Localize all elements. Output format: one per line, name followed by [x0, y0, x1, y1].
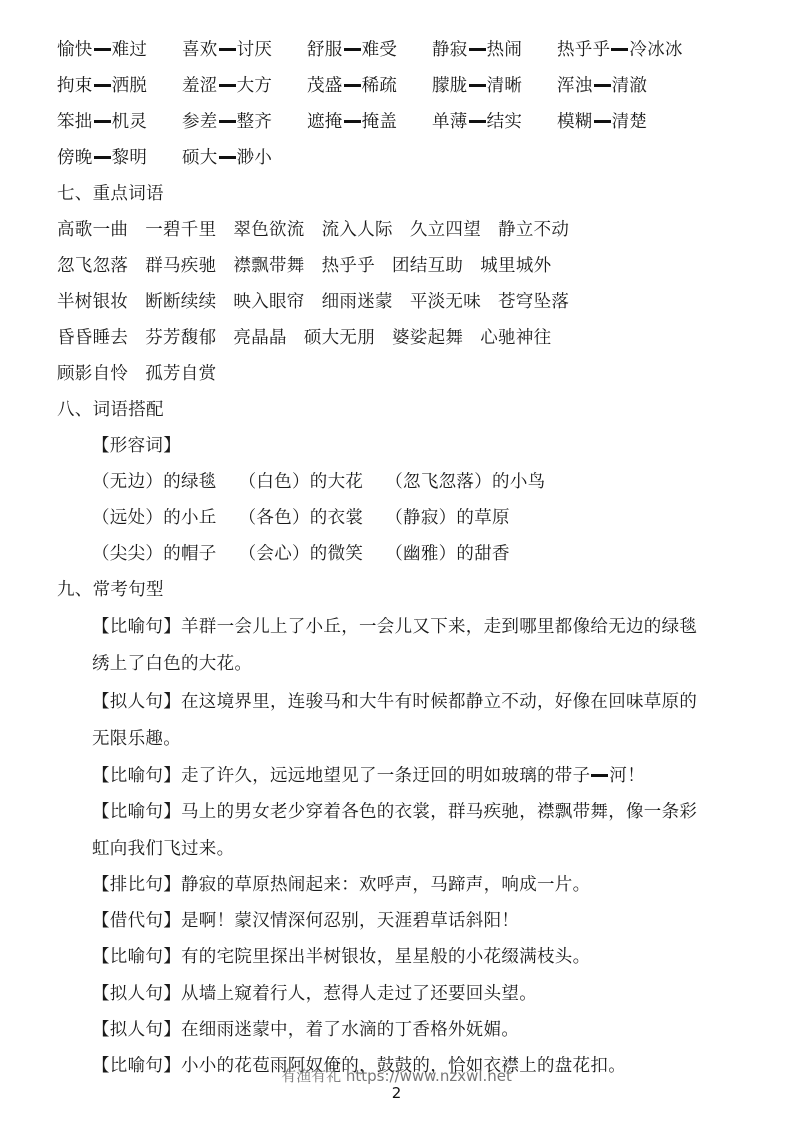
- antonym-pair: 朦胧清晰: [432, 72, 553, 100]
- sentence-example: 【比喻句】马上的男女老少穿着各色的衣裳，群马疾驰，襟飘带舞，像一条彩: [92, 798, 697, 826]
- collocation-row: （尖尖）的帽子 （会心）的微笑 （幽雅）的甜香: [92, 540, 524, 568]
- key-word: 静立不动: [498, 216, 569, 244]
- key-word: 城里城外: [480, 252, 551, 280]
- dash-separator: [591, 774, 608, 777]
- sentence-text: 静寂的草原热闹起来：欢呼声，马蹄声，响成一片。: [181, 875, 590, 895]
- sentence-continuation: 无限乐趣。: [92, 725, 181, 753]
- antonym-row: 傍晚黎明 硕大渺小: [57, 144, 276, 172]
- antonym-pair: 羞涩大方: [182, 72, 303, 100]
- sentence-type-tag: 【借代句】: [92, 911, 181, 931]
- key-word: 平淡无味: [410, 288, 481, 316]
- sentence-text: 在这境界里，连骏马和大牛有时候都静立不动，好像在回味草原的: [181, 692, 697, 712]
- key-word: 顾影自怜: [57, 360, 128, 388]
- antonym-pair: 拘束洒脱: [57, 72, 178, 100]
- key-word: 苍穹坠落: [498, 288, 569, 316]
- sentence-example: 【排比句】静寂的草原热闹起来：欢呼声，马蹄声，响成一片。: [92, 871, 590, 899]
- sentence-text-tail: 河！: [609, 766, 645, 786]
- key-word: 高歌一曲: [57, 216, 128, 244]
- collocation: （无边）的绿毯: [92, 468, 217, 496]
- antonym-pair: 茂盛稀疏: [307, 72, 428, 100]
- antonym-pair: 舒服难受: [307, 36, 428, 64]
- key-word: 昏昏睡去: [57, 324, 128, 352]
- key-words-row: 昏昏睡去 芬芳馥郁 亮晶晶 硕大无朋 婆娑起舞 心驰神往: [57, 324, 568, 352]
- antonym-pair: 硕大渺小: [182, 144, 272, 172]
- key-word: 襟飘带舞: [233, 252, 304, 280]
- key-word: 团结互助: [392, 252, 463, 280]
- key-word: 映入眼帘: [233, 288, 304, 316]
- sentence-text: 在细雨迷蒙中，着了水滴的丁香格外妩媚。: [181, 1020, 519, 1040]
- section-heading-7: 七、重点词语: [57, 180, 164, 208]
- sentence-continuation: 绣上了白色的大花。: [92, 650, 252, 678]
- sentence-type-tag: 【排比句】: [92, 875, 181, 895]
- sentence-example: 【拟人句】在这境界里，连骏马和大牛有时候都静立不动，好像在回味草原的: [92, 688, 697, 716]
- collocation: （静寂）的草原: [385, 504, 510, 532]
- collocation: （忽飞忽落）的小鸟: [385, 468, 545, 496]
- key-word: 流入人际: [322, 216, 393, 244]
- sentence-continuation: 虹向我们飞过来。: [92, 835, 234, 863]
- collocation: （尖尖）的帽子: [92, 540, 217, 568]
- antonym-pair: 遮掩掩盖: [307, 108, 428, 136]
- key-word: 孤芳自赏: [145, 360, 216, 388]
- collocation: （会心）的微笑: [239, 540, 364, 568]
- key-word: 翠色欲流: [233, 216, 304, 244]
- antonym-pair: 笨拙机灵: [57, 108, 178, 136]
- collocation: （各色）的衣裳: [239, 504, 364, 532]
- key-word: 群马疾驰: [145, 252, 216, 280]
- key-word: 亮晶晶: [233, 324, 286, 352]
- page-number: 2: [0, 1083, 793, 1103]
- key-word: 婆娑起舞: [392, 324, 463, 352]
- sentence-text: 有的宅院里探出半树银妆，星星般的小花缀满枝头。: [181, 947, 590, 967]
- sentence-type-tag: 【拟人句】: [92, 692, 181, 712]
- section-heading-9: 九、常考句型: [57, 576, 164, 604]
- sentence-type-tag: 【比喻句】: [92, 617, 181, 637]
- antonym-pair: 静寂热闹: [432, 36, 553, 64]
- antonym-row: 笨拙机灵 参差整齐 遮掩掩盖 单薄结实 模糊清楚: [57, 108, 651, 136]
- key-word: 细雨迷蒙: [322, 288, 393, 316]
- subsection-label-adjectives: 【形容词】: [92, 432, 181, 460]
- antonym-row: 愉快难过 喜欢讨厌 舒服难受 静寂热闹 热乎乎冷冰冰: [57, 36, 687, 64]
- key-word: 断断续续: [145, 288, 216, 316]
- sentence-example: 【借代句】是啊！蒙汉情深何忍别，天涯碧草话斜阳！: [92, 907, 519, 935]
- sentence-example: 【拟人句】从墙上窥着行人，惹得人走过了还要回头望。: [92, 980, 537, 1008]
- antonym-pair: 傍晚黎明: [57, 144, 178, 172]
- key-words-row: 顾影自怜 孤芳自赏: [57, 360, 233, 388]
- sentence-type-tag: 【比喻句】: [92, 766, 181, 786]
- antonym-pair: 浑浊清澈: [557, 72, 647, 100]
- section-heading-8: 八、词语搭配: [57, 396, 164, 424]
- collocation: （白色）的大花: [239, 468, 364, 496]
- antonym-pair: 参差整齐: [182, 108, 303, 136]
- key-word: 硕大无朋: [304, 324, 375, 352]
- antonym-pair: 单薄结实: [432, 108, 553, 136]
- sentence-example: 【比喻句】有的宅院里探出半树银妆，星星般的小花缀满枝头。: [92, 943, 590, 971]
- sentence-text: 从墙上窥着行人，惹得人走过了还要回头望。: [181, 984, 537, 1004]
- collocation: （幽雅）的甜香: [385, 540, 510, 568]
- sentence-type-tag: 【拟人句】: [92, 1020, 181, 1040]
- key-word: 芬芳馥郁: [145, 324, 216, 352]
- key-word: 半树银妆: [57, 288, 128, 316]
- sentence-text: 羊群一会儿上了小丘，一会儿又下来，走到哪里都像给无边的绿毯: [181, 617, 697, 637]
- sentence-text: 马上的男女老少穿着各色的衣裳，群马疾驰，襟飘带舞，像一条彩: [181, 802, 697, 822]
- sentence-example: 【比喻句】走了许久，远远地望见了一条迂回的明如玻璃的带子河！: [92, 762, 645, 790]
- key-word: 热乎乎: [322, 252, 375, 280]
- antonym-pair: 愉快难过: [57, 36, 178, 64]
- key-words-row: 半树银妆 断断续续 映入眼帘 细雨迷蒙 平淡无味 苍穹坠落: [57, 288, 586, 316]
- document-page: 愉快难过 喜欢讨厌 舒服难受 静寂热闹 热乎乎冷冰冰 拘束洒脱 羞涩大方 茂盛稀…: [0, 0, 793, 1122]
- key-words-row: 忽飞忽落 群马疾驰 襟飘带舞 热乎乎 团结互助 城里城外: [57, 252, 568, 280]
- key-word: 一碧千里: [145, 216, 216, 244]
- sentence-example: 【拟人句】在细雨迷蒙中，着了水滴的丁香格外妩媚。: [92, 1016, 519, 1044]
- key-word: 忽飞忽落: [57, 252, 128, 280]
- sentence-type-tag: 【拟人句】: [92, 984, 181, 1004]
- antonym-pair: 模糊清楚: [557, 108, 647, 136]
- antonym-pair: 喜欢讨厌: [182, 36, 303, 64]
- key-words-row: 高歌一曲 一碧千里 翠色欲流 流入人际 久立四望 静立不动: [57, 216, 586, 244]
- sentence-type-tag: 【比喻句】: [92, 802, 181, 822]
- sentence-text: 走了许久，远远地望见了一条迂回的明如玻璃的带子: [181, 766, 590, 786]
- collocation: （远处）的小丘: [92, 504, 217, 532]
- antonym-row: 拘束洒脱 羞涩大方 茂盛稀疏 朦胧清晰 浑浊清澈: [57, 72, 651, 100]
- collocation-row: （无边）的绿毯 （白色）的大花 （忽飞忽落）的小鸟: [92, 468, 559, 496]
- key-word: 久立四望: [410, 216, 481, 244]
- collocation-row: （远处）的小丘 （各色）的衣裳 （静寂）的草原: [92, 504, 524, 532]
- sentence-type-tag: 【比喻句】: [92, 947, 181, 967]
- sentence-text: 是啊！蒙汉情深何忍别，天涯碧草话斜阳！: [181, 911, 519, 931]
- antonym-pair: 热乎乎冷冰冰: [557, 36, 683, 64]
- sentence-example: 【比喻句】羊群一会儿上了小丘，一会儿又下来，走到哪里都像给无边的绿毯: [92, 613, 697, 641]
- key-word: 心驰神往: [480, 324, 551, 352]
